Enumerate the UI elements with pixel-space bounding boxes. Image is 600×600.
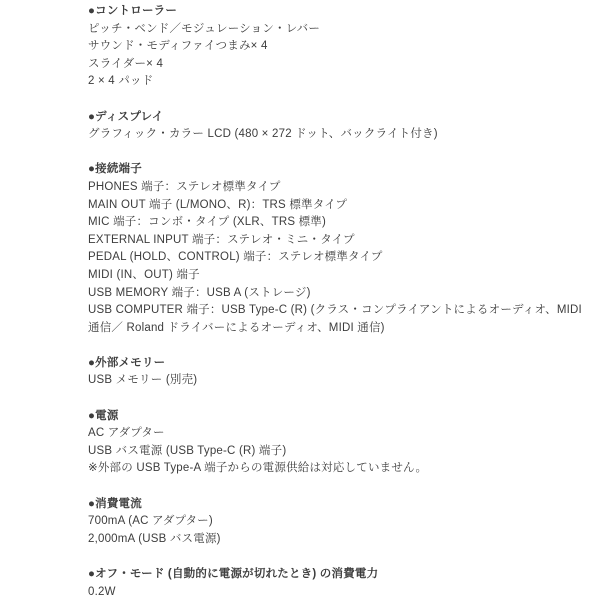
- spec-line: MIDI (IN、OUT) 端子: [88, 267, 580, 285]
- section-heading: ●電源: [88, 408, 580, 426]
- section-heading: ●接続端子: [88, 161, 580, 179]
- spec-line: USB バス電源 (USB Type-C (R) 端子): [88, 443, 580, 461]
- spec-section: ●消費電流700mA (AC アダプター)2,000mA (USB バス電源): [88, 496, 580, 549]
- spec-section: ●コントローラーピッチ・ベンド／モジュレーション・レバーサウンド・モディファイつ…: [88, 3, 580, 91]
- spec-line: AC アダプター: [88, 425, 580, 443]
- spec-line: PEDAL (HOLD、CONTROL) 端子：ステレオ標準タイプ: [88, 249, 580, 267]
- spec-section: ●電源AC アダプターUSB バス電源 (USB Type-C (R) 端子)※…: [88, 408, 580, 478]
- spec-line: 通信／ Roland ドライバーによるオーディオ、MIDI 通信): [88, 320, 580, 338]
- spec-section: ●ディスプレイグラフィック・カラー LCD (480 × 272 ドット、バック…: [88, 109, 580, 144]
- spec-line: ※外部の USB Type-A 端子からの電源供給は対応していません。: [88, 460, 580, 478]
- section-heading: ●オフ・モード (自動的に電源が切れたとき) の消費電力: [88, 566, 580, 584]
- spec-line: MIC 端子：コンボ・タイプ (XLR、TRS 標準): [88, 214, 580, 232]
- spec-line: 2 × 4 パッド: [88, 73, 580, 91]
- spec-line: USB COMPUTER 端子：USB Type-C (R) (クラス・コンプラ…: [88, 302, 580, 320]
- section-heading: ●ディスプレイ: [88, 109, 580, 127]
- spec-line: USB MEMORY 端子：USB A (ストレージ): [88, 285, 580, 303]
- spec-section: ●接続端子PHONES 端子：ステレオ標準タイプMAIN OUT 端子 (L/M…: [88, 161, 580, 337]
- section-heading: ●コントローラー: [88, 3, 580, 21]
- spec-line: EXTERNAL INPUT 端子：ステレオ・ミニ・タイプ: [88, 232, 580, 250]
- spec-line: サウンド・モディファイつまみ× 4: [88, 38, 580, 56]
- spec-line: 0.2W: [88, 584, 580, 600]
- spec-line: 700mA (AC アダプター): [88, 513, 580, 531]
- spec-line: USB メモリー (別売): [88, 372, 580, 390]
- spec-line: グラフィック・カラー LCD (480 × 272 ドット、バックライト付き): [88, 126, 580, 144]
- spec-line: ピッチ・ベンド／モジュレーション・レバー: [88, 21, 580, 39]
- spec-line: MAIN OUT 端子 (L/MONO、R)：TRS 標準タイプ: [88, 197, 580, 215]
- section-heading: ●外部メモリー: [88, 355, 580, 373]
- spec-section: ●外部メモリーUSB メモリー (別売): [88, 355, 580, 390]
- spec-line: PHONES 端子：ステレオ標準タイプ: [88, 179, 580, 197]
- spec-document: ●コントローラーピッチ・ベンド／モジュレーション・レバーサウンド・モディファイつ…: [0, 0, 600, 600]
- section-heading: ●消費電流: [88, 496, 580, 514]
- spec-section: ●オフ・モード (自動的に電源が切れたとき) の消費電力0.2W: [88, 566, 580, 600]
- spec-line: 2,000mA (USB バス電源): [88, 531, 580, 549]
- spec-line: スライダー× 4: [88, 56, 580, 74]
